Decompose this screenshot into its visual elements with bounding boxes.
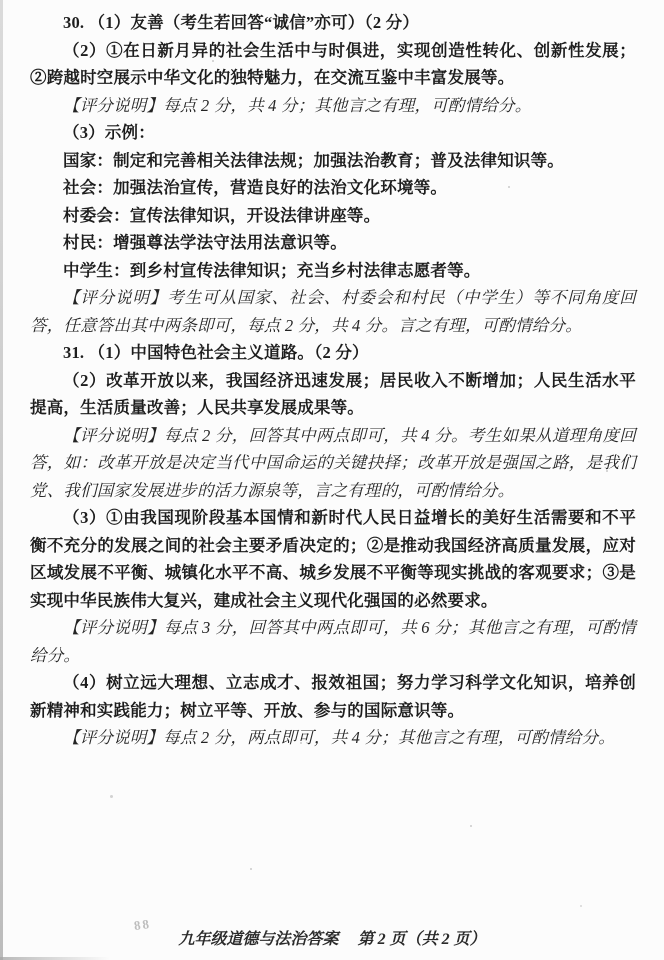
scoring-note-paragraph: 【评分说明】每点 2 分，回答其中两点即可，共 4 分。考生如果从道理角度回答，…	[30, 422, 636, 505]
answer-paragraph: （2）改革开放以来，我国经济迅速发展；居民收入不断增加；人民生活水平提高，生活质…	[30, 367, 636, 422]
scan-speck	[470, 825, 472, 827]
scan-smudge: 88	[133, 916, 152, 934]
answer-paragraph: 中学生：到乡村宣传法律知识；充当乡村法律志愿者等。	[30, 257, 636, 285]
footer-doc-title: 九年级道德与法治答案	[178, 931, 338, 948]
scoring-note-paragraph: 【评分说明】每点 2 分，两点即可，共 4 分；其他言之有理，可酌情给分。	[30, 724, 636, 752]
scan-left-edge	[0, 0, 3, 960]
answer-paragraph: （3）①由我国现阶段基本国情和新时代人民日益增长的美好生活需要和不平衡不充分的发…	[30, 504, 636, 614]
scan-speck	[250, 868, 252, 870]
answer-body: 30. （1）友善（考生若回答“诚信”亦可）（2 分）（2）①在日新月异的社会生…	[30, 9, 636, 752]
answer-paragraph: 社会：加强法治宣传，营造良好的法治文化环境等。	[30, 174, 636, 202]
answer-paragraph: 村委会：宣传法律知识，开设法律讲座等。	[30, 202, 636, 230]
scoring-note-paragraph: 【评分说明】考生可从国家、社会、村委会和村民（中学生）等不同角度回答，任意答出其…	[30, 284, 636, 339]
scan-speck	[110, 795, 113, 798]
scoring-note-paragraph: 【评分说明】每点 3 分，回答其中两点即可，共 6 分；其他言之有理，可酌情给分…	[30, 614, 636, 669]
answer-paragraph: （2）①在日新月异的社会生活中与时俱进，实现创造性转化、创新性发展；②跨越时空展…	[30, 37, 636, 92]
answer-paragraph: 国家：制定和完善相关法律法规；加强法治教育；普及法律知识等。	[30, 147, 636, 175]
answer-paragraph: （3）示例：	[30, 119, 636, 147]
footer-page-number: 第 2 页（共 2 页）	[358, 931, 486, 948]
scan-speck	[580, 905, 582, 907]
answer-paragraph: （4）树立远大理想、立志成才、报效祖国；努力学习科学文化知识，培养创新精神和实践…	[30, 669, 636, 724]
scanned-answer-page: 30. （1）友善（考生若回答“诚信”亦可）（2 分）（2）①在日新月异的社会生…	[0, 0, 664, 960]
answer-paragraph: 31. （1）中国特色社会主义道路。（2 分）	[30, 339, 636, 367]
answer-paragraph: 村民：增强尊法学法守法用法意识等。	[30, 229, 636, 257]
page-footer: 88 九年级道德与法治答案第 2 页（共 2 页）	[0, 926, 664, 949]
answer-paragraph: 30. （1）友善（考生若回答“诚信”亦可）（2 分）	[30, 9, 636, 37]
scoring-note-paragraph: 【评分说明】每点 2 分，共 4 分；其他言之有理，可酌情给分。	[30, 92, 636, 120]
